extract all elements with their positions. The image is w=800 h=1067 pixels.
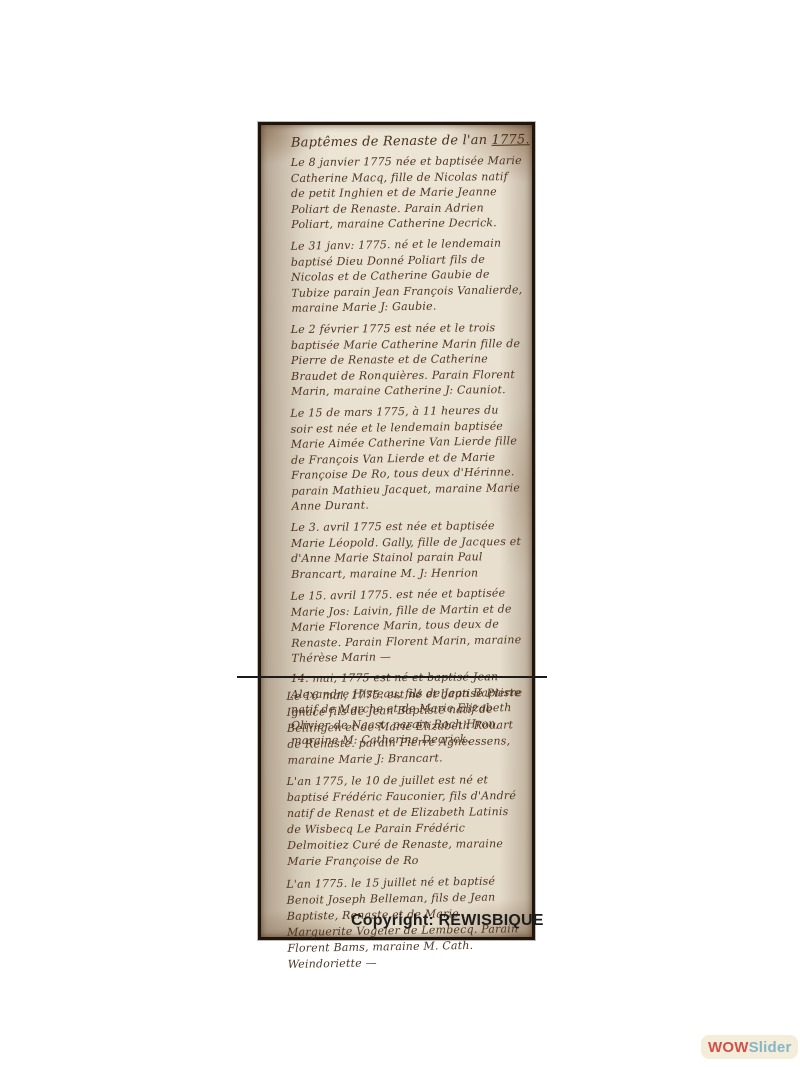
- copyright-overlay: Copyright: REWISBIQUE: [351, 912, 544, 930]
- manuscript-title-year: 1775.: [491, 132, 529, 148]
- photo-seam-line: [237, 676, 547, 678]
- wowslider-watermark[interactable]: WOWSlider: [701, 1035, 798, 1059]
- slide-viewport: Baptêmes de Renaste de l'an 1775. Le 8 j…: [0, 0, 800, 1067]
- baptism-entry: L'an 1775, le 10 de juillet est né et ba…: [287, 772, 524, 870]
- baptism-entry: Le 15. avril 1775. est née et baptisée M…: [290, 585, 523, 666]
- baptism-entry: Le 31 janv: 1775. né et le lendemain bap…: [290, 235, 523, 316]
- manuscript-text-upper: Baptêmes de Renaste de l'an 1775. Le 8 j…: [291, 134, 523, 754]
- manuscript-title: Baptêmes de Renaste de l'an 1775.: [291, 132, 523, 151]
- aged-paper: Baptêmes de Renaste de l'an 1775. Le 8 j…: [258, 122, 535, 940]
- baptism-entry: Le 15 de mars 1775, à 11 heures du soir …: [290, 402, 524, 514]
- baptism-entry: Le 8 janvier 1775 née et baptisée Marie …: [291, 152, 524, 232]
- wowslider-wow-text: WOW: [708, 1039, 749, 1056]
- baptism-entry: Le 16 mai, 1775. est né et baptisé Pierr…: [286, 685, 523, 769]
- book-binding-edge: [264, 128, 286, 934]
- wowslider-slider-text: Slider: [749, 1039, 792, 1056]
- manuscript-title-text: Baptêmes de Renaste de l'an: [291, 133, 492, 151]
- manuscript-scan-image[interactable]: Baptêmes de Renaste de l'an 1775. Le 8 j…: [257, 121, 536, 941]
- baptism-entry: Le 3. avril 1775 est née et baptisée Mar…: [291, 517, 524, 581]
- manuscript-text-lower: Le 16 mai, 1775. est né et baptisé Pierr…: [287, 687, 523, 977]
- baptism-entry: Le 2 février 1775 est née et le trois ba…: [291, 319, 524, 399]
